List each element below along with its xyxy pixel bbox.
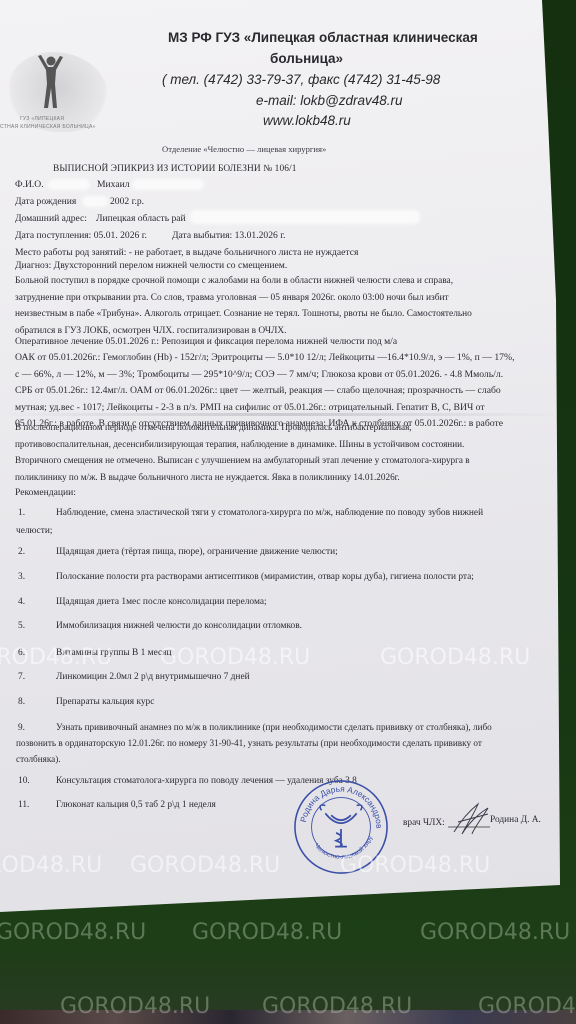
signature-label: врач ЧЛХ: (403, 818, 445, 828)
hospital-name-line1: МЗ РФ ГУЗ «Липецкая областная клиническа… (168, 30, 478, 45)
anamnesis-line: Больной поступил в порядке срочной помощ… (15, 273, 485, 290)
redacted-address (190, 210, 420, 224)
recommendation-item: 9.Узнать прививочный анамнез по м/ж в по… (18, 722, 492, 732)
redacted-patronymic (132, 179, 204, 190)
hospital-website: www.lokb48.ru (263, 113, 351, 128)
postop-line: Вторичного смещения не отмечено. Выписан… (15, 452, 485, 469)
person-arms-up-icon (36, 54, 64, 110)
recommendation-item: 1.Наблюдение, смена эластической тяги у … (18, 508, 483, 518)
recommendation-item: 6.Витамины группы В 1 месяц (18, 648, 171, 658)
recommendation-item-cont: позвонить в ординаторскую 12.01.26г. по … (16, 738, 482, 748)
lab-line: СРБ от 05.01.26г.: 12.4мг/л. ОАМ от 06.0… (15, 383, 485, 400)
recommendation-item: 8.Препараты кальция курс (18, 697, 154, 707)
postop-line: В послеоперационном периоде отмечена пол… (15, 419, 485, 436)
recommendation-item: 4.Щадящая диета 1мес после консолидации … (18, 597, 267, 607)
doctor-stamp: Родина Дарья Александровна Челюстно-лице… (292, 778, 390, 876)
admission-date: Дата поступления: 05.01. 2026 г. (15, 230, 147, 242)
hospital-email: e-mail: lokb@zdrav48.ru (256, 93, 403, 108)
address-value: Липецкая область рай (96, 213, 186, 225)
logo-caption-line1: ГУЗ «ЛИПЕЦКАЯ (20, 116, 64, 122)
doctor-name: Родина Д. А. (490, 815, 541, 825)
recommendation-item-cont: столбняка). (16, 754, 61, 764)
hospital-name-line2: больница» (270, 51, 343, 66)
department-name: Отделение «Челюстно — лицевая хирургия» (162, 143, 326, 155)
redacted-surname (48, 179, 90, 190)
lab-line: ОАК от 05.01.2026г.: Гемоглобин (Hb) - 1… (15, 350, 485, 367)
diagnosis: Диагноз: Двухсторонний перелом нижней че… (15, 260, 287, 272)
fio-first-name: Михаил (97, 179, 130, 191)
anamnesis-line: затруднение при открывании рта. Со слов,… (15, 290, 485, 307)
redacted-dob (82, 196, 108, 207)
recommendation-item: 11.Глюконат кальция 0,5 таб 2 р\д 1 неде… (18, 800, 216, 810)
anamnesis-line: неизвестным в пабе «Трибуна». Алкоголь о… (15, 306, 485, 323)
bottom-fabric-strip (0, 1010, 576, 1024)
hospital-logo: ГУЗ «ЛИПЕЦКАЯ СТНАЯ КЛИНИЧЕСКАЯ БОЛЬНИЦА… (0, 40, 135, 140)
hospital-phone-fax: ( тел. (4742) 33-79-37, факс (4742) 31-4… (162, 72, 440, 87)
recommendations-label: Рекомендации: (15, 487, 76, 499)
lab-line: мутная; уд.вес - 1017; Лейкоциты - 2-3 в… (15, 400, 485, 417)
logo-caption-line2: СТНАЯ КЛИНИЧЕСКАЯ БОЛЬНИЦА» (0, 124, 96, 130)
dob-year: 2002 г.р. (110, 196, 144, 208)
postop-line: противовоспалительная, десенсибилизирующ… (15, 436, 485, 453)
fio-label: Ф.И.О. (15, 179, 44, 191)
anamnesis-paragraph: Больной поступил в порядке срочной помощ… (15, 273, 485, 339)
surgery-line: Оперативное лечение 05.01.2026 г.: Репоз… (15, 336, 397, 348)
postop-paragraph: В послеоперационном периоде отмечена пол… (15, 419, 485, 485)
recommendation-item: 2.Щадящая диета (тёртая пища, пюре), огр… (18, 547, 338, 557)
address-label: Домашний адрес: (15, 213, 87, 225)
recommendation-item: 7.Линкомицин 2.0мл 2 р\д внутримышечно 7… (18, 672, 250, 682)
workplace: Место работы род занятий: - не работает,… (15, 247, 358, 259)
document-title: ВЫПИСНОЙ ЭПИКРИЗ ИЗ ИСТОРИИ БОЛЕЗНИ № 10… (53, 163, 297, 175)
postop-line: поликлинику по м/ж. В выдаче больничного… (15, 469, 485, 486)
recommendation-item: 3.Полоскание полости рта растворами анти… (18, 572, 474, 582)
discharge-date: Дата выбытия: 13.01.2026 г. (172, 230, 285, 242)
svg-text:Родина Дарья Александровна: Родина Дарья Александровна (292, 778, 384, 829)
dob-label: Дата рождения (15, 196, 76, 208)
recommendation-item-cont: челюсти; (16, 526, 52, 536)
lab-line: с — 66%, л — 12%, м — 3%; Тромбоциты — 2… (15, 367, 485, 384)
recommendation-item: 5.Иммобилизация нижней челюсти до консол… (18, 621, 302, 631)
